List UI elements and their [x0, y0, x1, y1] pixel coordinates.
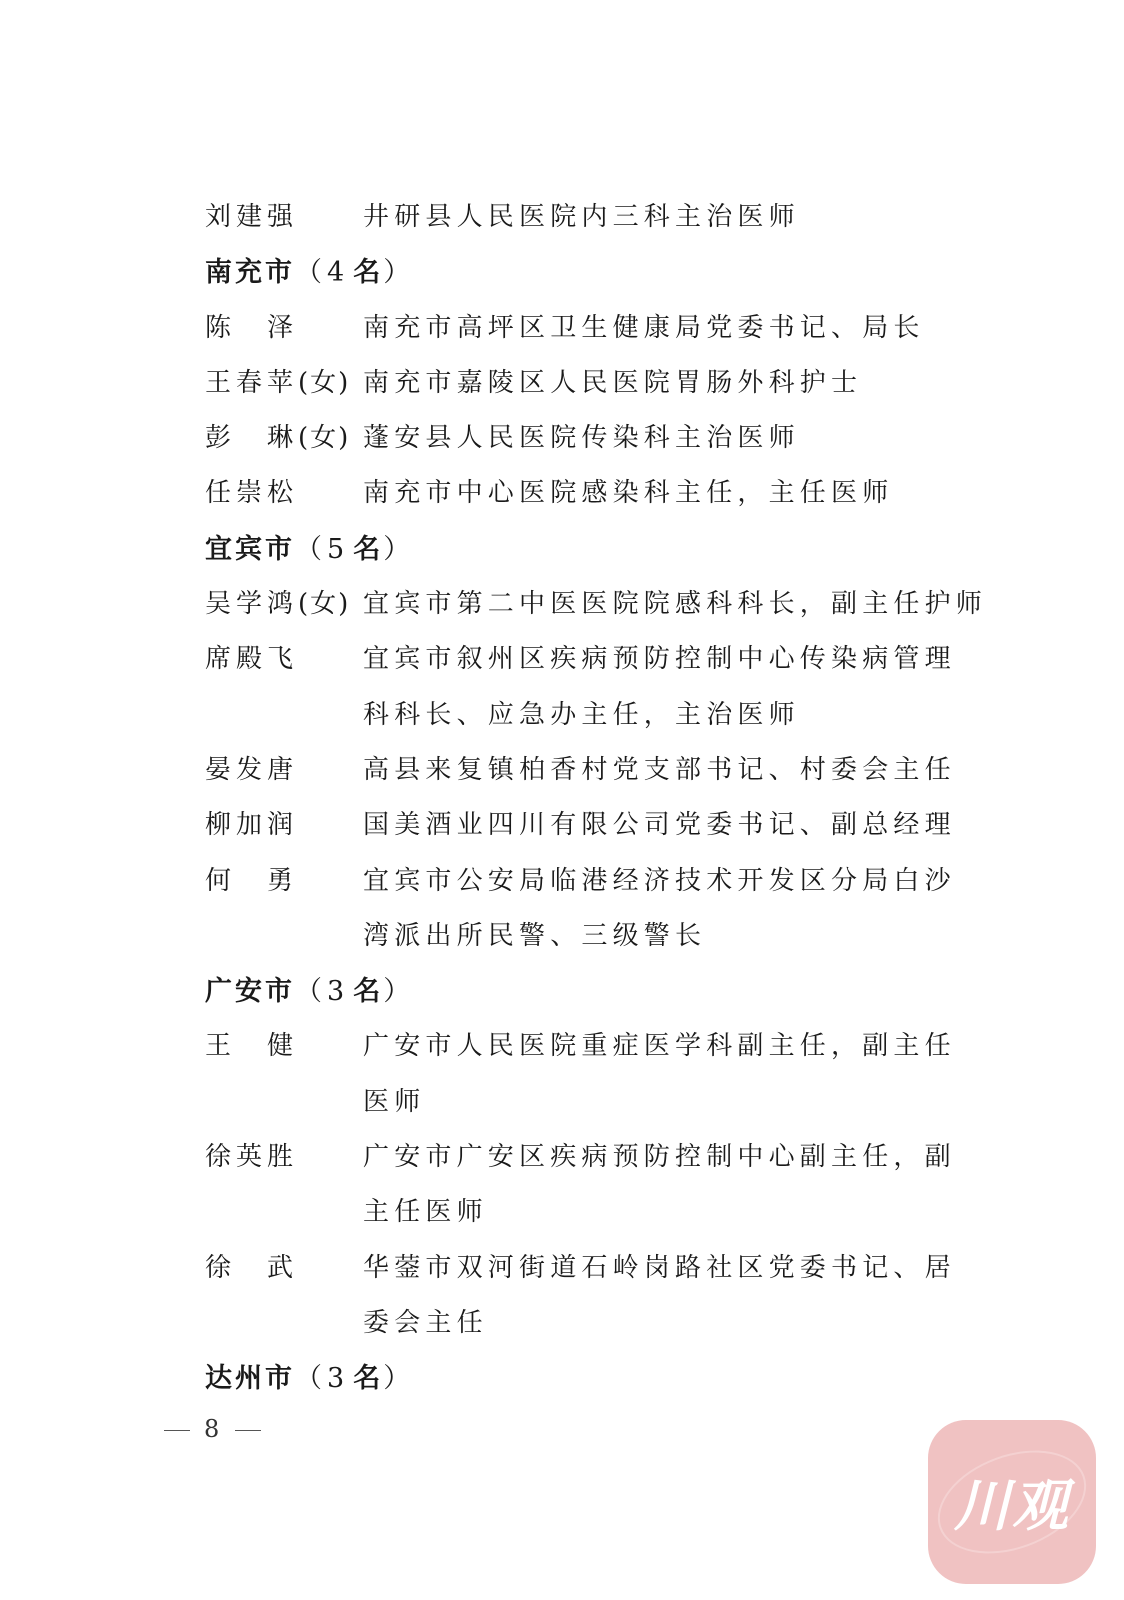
page-number: 8 — [150, 1415, 275, 1443]
watermark-text: 川观 — [954, 1462, 1070, 1542]
person-title: 广安市广安区疾病预防控制中心副主任，副 — [363, 1130, 956, 1185]
list-item-continuation: 湾派出所民警、三级警长 — [205, 909, 975, 964]
count-close: ） — [383, 534, 413, 565]
list-item: 吴学鸿(女) 宜宾市第二中医医院院感科科长，副主任护师 — [205, 577, 975, 632]
list-item: 晏发唐 高县来复镇柏香村党支部书记、村委会主任 — [205, 743, 975, 798]
document-page: 刘建强 井研县人民医院内三科主治医师 南充市（4名） 陈 泽 南充市高坪区卫生健… — [0, 0, 1124, 1600]
count-number: 3 — [327, 976, 347, 1007]
count-unit: 名 — [353, 1363, 383, 1394]
list-item: 王 健 广安市人民医院重症医学科副主任，副主任 — [205, 1019, 975, 1074]
list-item-continuation: 委会主任 — [205, 1296, 975, 1351]
person-title-continued: 湾派出所民警、三级警长 — [363, 909, 706, 964]
list-item: 彭 琳(女) 蓬安县人民医院传染科主治医师 — [205, 411, 975, 466]
chuanguan-logo-watermark: 川观 — [928, 1420, 1096, 1584]
person-name: 柳加润 — [205, 798, 363, 853]
person-title-continued: 主任医师 — [363, 1185, 488, 1240]
count-number: 4 — [327, 257, 347, 288]
count-open: （ — [295, 534, 325, 565]
list-item: 陈 泽 南充市高坪区卫生健康局党委书记、局长 — [205, 301, 975, 356]
person-name: 任崇松 — [205, 466, 363, 521]
count-number: 5 — [327, 534, 347, 565]
person-title: 华蓥市双河街道石岭岗路社区党委书记、居 — [363, 1241, 956, 1296]
person-name: 何 勇 — [205, 854, 363, 909]
count-unit: 名 — [353, 534, 383, 565]
person-name: 王 健 — [205, 1019, 363, 1074]
count-unit: 名 — [353, 976, 383, 1007]
city-name: 广安市 — [205, 976, 295, 1007]
count-close: ） — [383, 1363, 413, 1394]
list-item: 王春苹(女) 南充市嘉陵区人民医院胃肠外科护士 — [205, 356, 975, 411]
city-heading: 宜宾市（5名） — [205, 522, 975, 577]
person-title: 宜宾市第二中医医院院感科科长，副主任护师 — [363, 577, 987, 632]
city-name: 达州市 — [205, 1363, 295, 1394]
count-open: （ — [295, 1363, 325, 1394]
dash-left — [164, 1430, 190, 1431]
city-name: 南充市 — [205, 257, 295, 288]
person-name: 席殿飞 — [205, 632, 363, 687]
person-name: 徐英胜 — [205, 1130, 363, 1185]
person-name: 刘建强 — [205, 190, 363, 245]
person-title: 南充市中心医院感染科主任，主任医师 — [363, 466, 893, 521]
person-title: 宜宾市叙州区疾病预防控制中心传染病管理 — [363, 632, 956, 687]
person-title: 广安市人民医院重症医学科副主任，副主任 — [363, 1019, 956, 1074]
gender-note: (女) — [298, 368, 350, 398]
gender-note: (女) — [298, 423, 350, 453]
count-unit: 名 — [353, 257, 383, 288]
list-item: 任崇松 南充市中心医院感染科主任，主任医师 — [205, 466, 975, 521]
person-title-continued: 委会主任 — [363, 1296, 488, 1351]
count-open: （ — [295, 257, 325, 288]
person-title-continued: 科科长、应急办主任，主治医师 — [363, 688, 800, 743]
count-close: ） — [383, 257, 413, 288]
count-number: 3 — [327, 1363, 347, 1394]
person-title: 井研县人民医院内三科主治医师 — [363, 190, 800, 245]
city-heading: 广安市（3名） — [205, 964, 975, 1019]
city-name: 宜宾市 — [205, 534, 295, 565]
page-number-value: 8 — [204, 1415, 221, 1443]
person-name: 彭 琳(女) — [205, 411, 363, 466]
person-title-continued: 医师 — [363, 1075, 425, 1130]
person-title: 蓬安县人民医院传染科主治医师 — [363, 411, 800, 466]
list-item: 柳加润 国美酒业四川有限公司党委书记、副总经理 — [205, 798, 975, 853]
list-item: 何 勇 宜宾市公安局临港经济技术开发区分局白沙 — [205, 854, 975, 909]
list-item-continuation: 医师 — [205, 1075, 975, 1130]
list-item: 刘建强 井研县人民医院内三科主治医师 — [205, 190, 975, 245]
person-title: 宜宾市公安局临港经济技术开发区分局白沙 — [363, 854, 956, 909]
gender-note: (女) — [298, 589, 350, 619]
person-name: 陈 泽 — [205, 301, 363, 356]
person-title: 国美酒业四川有限公司党委书记、副总经理 — [363, 798, 956, 853]
count-close: ） — [383, 976, 413, 1007]
count-open: （ — [295, 976, 325, 1007]
person-title: 高县来复镇柏香村党支部书记、村委会主任 — [363, 743, 956, 798]
person-name: 王春苹(女) — [205, 356, 363, 411]
person-name: 徐 武 — [205, 1241, 363, 1296]
honoree-list: 刘建强 井研县人民医院内三科主治医师 南充市（4名） 陈 泽 南充市高坪区卫生健… — [205, 190, 975, 1407]
list-item-continuation: 主任医师 — [205, 1185, 975, 1240]
list-item: 徐 武 华蓥市双河街道石岭岗路社区党委书记、居 — [205, 1241, 975, 1296]
person-title: 南充市高坪区卫生健康局党委书记、局长 — [363, 301, 925, 356]
person-name: 晏发唐 — [205, 743, 363, 798]
person-title: 南充市嘉陵区人民医院胃肠外科护士 — [363, 356, 862, 411]
list-item-continuation: 科科长、应急办主任，主治医师 — [205, 688, 975, 743]
list-item: 席殿飞 宜宾市叙州区疾病预防控制中心传染病管理 — [205, 632, 975, 687]
person-name: 吴学鸿(女) — [205, 577, 363, 632]
list-item: 徐英胜 广安市广安区疾病预防控制中心副主任，副 — [205, 1130, 975, 1185]
dash-right — [235, 1430, 261, 1431]
city-heading: 南充市（4名） — [205, 245, 975, 300]
city-heading: 达州市（3名） — [205, 1351, 975, 1406]
